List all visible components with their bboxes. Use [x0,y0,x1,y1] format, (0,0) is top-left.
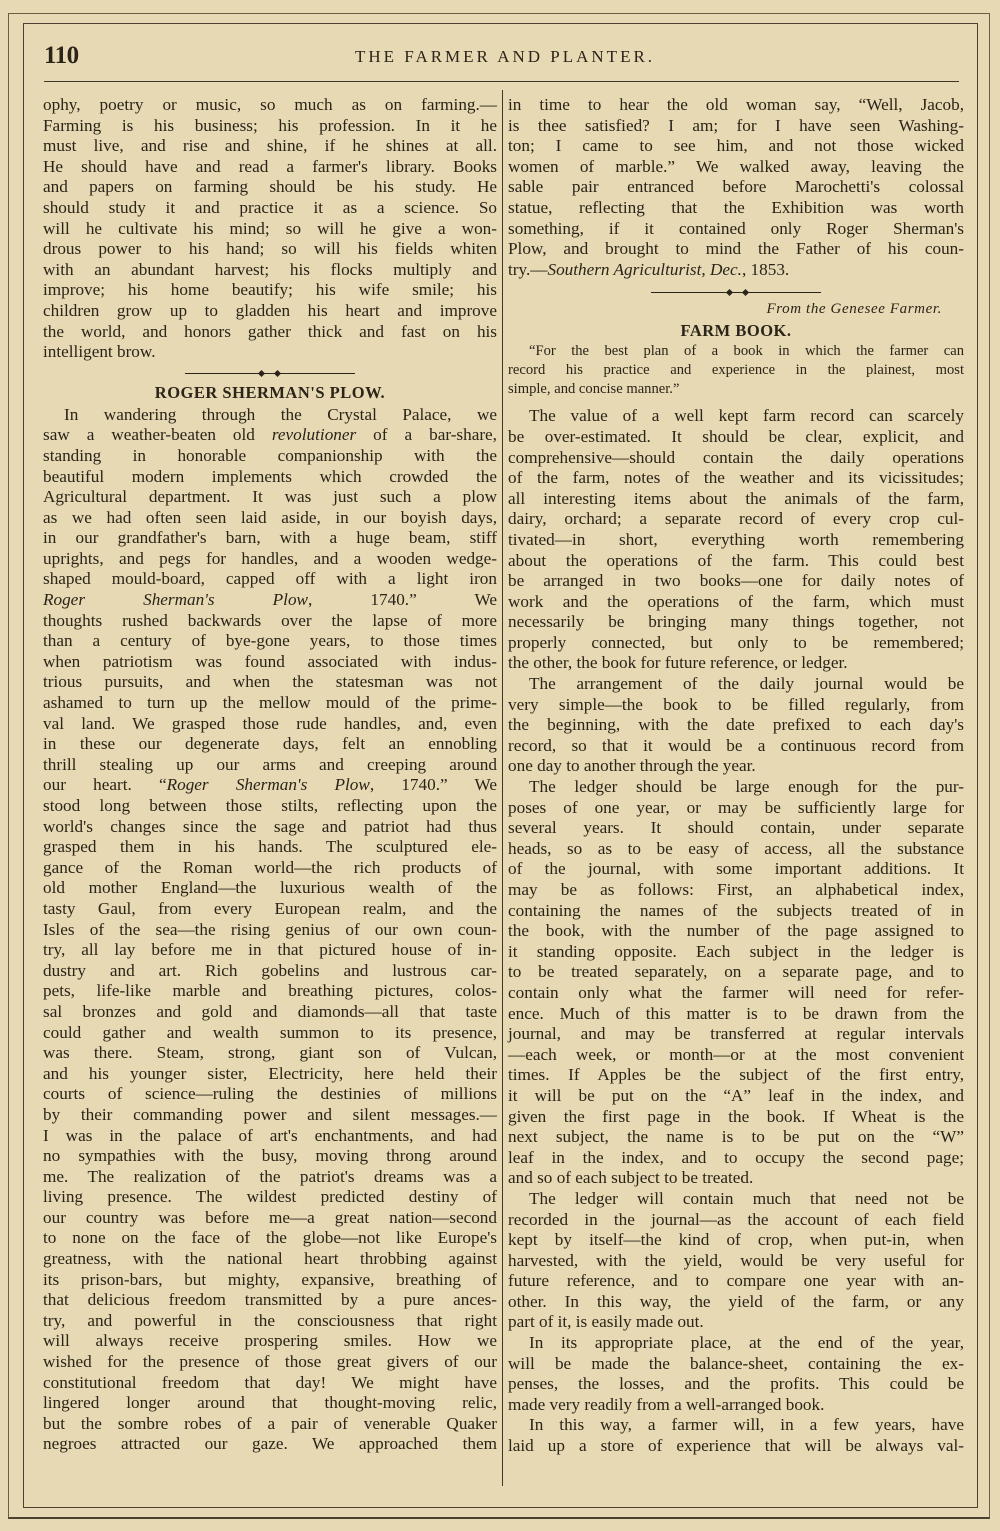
text-line: could gather and wealth summon to its pr… [43,1023,497,1044]
text-line: containing the names of the subjects tre… [508,901,964,922]
text-line: other. In this way, the yield of the far… [508,1292,964,1313]
text-line: He should have and read a farmer's libra… [43,157,497,178]
text-line: try, all lay before me in that pictured … [43,940,497,961]
text-line: record, so that it would be a continuous… [508,736,964,757]
text-line: will always receive prospering smiles. H… [43,1331,497,1352]
text-line: leaf in the index, and to occupy the sec… [508,1148,964,1169]
paragraph: In its appropriate place, at the end of … [508,1333,964,1415]
text-line: statue, reflecting that the Exhibition w… [508,198,964,219]
running-title: THE FARMER AND PLANTER. [0,47,1000,67]
column-divider [502,90,503,1486]
text-line: beautiful modern implements which crowde… [43,467,497,488]
text-line: in these our degenerate days, felt an en… [43,734,497,755]
text-line: In wandering through the Crystal Palace,… [43,405,497,426]
text-line: in time to hear the old woman say, “Well… [508,95,964,116]
text-line: work and the operations of the farm, whi… [508,592,964,613]
text-line: grasped them in his hands. The sculpture… [43,837,497,858]
left-column: ophy, poetry or music, so much as on far… [43,95,497,1455]
paragraph: The arrangement of the daily journal wou… [508,674,964,777]
italic-text: Roger Sherman's Plow [43,590,308,609]
text-line: In this way, a farmer will, in a few yea… [508,1415,964,1436]
text-line: Isles of the sea—the rising genius of ou… [43,920,497,941]
text-line: and so of each subject to be treated. [508,1168,964,1189]
text-line: record his practice and experience in th… [508,361,964,380]
text-line: stood long between those stilts, reflect… [43,796,497,817]
text-line: all interesting items about the animals … [508,489,964,510]
text-line: intelligent brow. [43,342,497,363]
text-line: times. If Apples be the subject of the f… [508,1065,964,1086]
text-line: our country was before me—a great nation… [43,1208,497,1229]
text-line: will be made the balance-sheet, containi… [508,1354,964,1375]
text-line: dustry and art. Rich gobelins and lustro… [43,961,497,982]
text-line: gance of the Roman world—the rich produc… [43,858,497,879]
text-line: Agricultural department. It was just suc… [43,487,497,508]
text-line: The arrangement of the daily journal wou… [508,674,964,695]
text-line: wished for the presence of those great g… [43,1352,497,1373]
text-line: the beginning, with the date prefixed to… [508,715,964,736]
text-line: of the journal, with some important addi… [508,859,964,880]
text-line: ton; I came to see him, and not those wi… [508,136,964,157]
text-line: future reference, and to compare one yea… [508,1271,964,1292]
text-line: lingered longer around that thought-movi… [43,1393,497,1414]
text-line: thoughts rushed backwards over the lapse… [43,611,497,632]
text-line: part of it, is easily made out. [508,1312,964,1333]
section-ornament-divider [185,367,355,381]
text-line: “For the best plan of a book in which th… [508,342,964,361]
text-line: to be treated separately, on a separate … [508,962,964,983]
text-line: the book, with the number of the page as… [508,921,964,942]
text-line: Plow, and brought to mind the Father of … [508,239,964,260]
paragraph: In this way, a farmer will, in a few yea… [508,1415,964,1456]
text-line: —each week, or month—or at the most conv… [508,1045,964,1066]
text-line: made very readily from a well-arranged b… [508,1395,964,1416]
text-line: several years. It should contain, under … [508,818,964,839]
header-rule [44,81,959,82]
text-line: Roger Sherman's Plow, 1740.” We [43,590,497,611]
text-line: heads, so as to be easy of access, all t… [508,839,964,860]
text-line: about the operations of the farm. This c… [508,551,964,572]
text-line: harvested, with the yield, would be very… [508,1251,964,1272]
text-line: and his younger sister, Electricity, her… [43,1064,497,1085]
text-line: but the sombre robes of a pair of venera… [43,1414,497,1435]
text-line: and papers on farming should be his stud… [43,177,497,198]
text-line: shaped mould-board, capped off with a li… [43,569,497,590]
text-line: ence. Much of this matter is to be drawn… [508,1004,964,1025]
text-line: very simple—the book to be filled regula… [508,695,964,716]
text-line: improve; his home beautify; his wife smi… [43,280,497,301]
text-line: sal bronzes and gold and diamonds—all th… [43,1002,497,1023]
text-line: was there. Steam, strong, giant son of V… [43,1043,497,1064]
text-line: that delicious freedom transmitted by a … [43,1290,497,1311]
text-line: I was in the palace of art's enchantment… [43,1126,497,1147]
text-line: val land. We grasped those rude handles,… [43,714,497,735]
text-line: recorded in the journal—as the account o… [508,1210,964,1231]
text-line: kept by itself—the kind of crop, when pu… [508,1230,964,1251]
text-line: tasty Gaul, from every European realm, a… [43,899,497,920]
source-credit: From the Genesee Farmer. [508,300,964,319]
paragraph: The ledger will contain much that need n… [508,1189,964,1333]
text-line: Farming is his business; his profession.… [43,116,497,137]
text-line: dairy, orchard; a separate record of eve… [508,509,964,530]
text-line: old mother England—the luxurious wealth … [43,878,497,899]
text-line: ophy, poetry or music, so much as on far… [43,95,497,116]
text-line: may be as follows: First, an alphabetica… [508,880,964,901]
text-line: one day to another through the year. [508,756,964,777]
text-line: thrill stealing up our arms and creeping… [43,755,497,776]
text-line: children grow up to gladden his heart an… [43,301,497,322]
text-line: try, and powerful in the consciousness t… [43,1311,497,1332]
text-line: The ledger will contain much that need n… [508,1189,964,1210]
text-line: standing in honorable companionship with… [43,446,497,467]
text-line: greatness, with the national heart throb… [43,1249,497,1270]
text-line: by their commanding power and silent mes… [43,1105,497,1126]
text-line: tivated—in short, everything worth remem… [508,530,964,551]
text-line: poses of one year, or may be sufficientl… [508,798,964,819]
text-line: penses, the losses, and the profits. Thi… [508,1374,964,1395]
continued-paragraph: ophy, poetry or music, so much as on far… [43,95,497,363]
text-line: In its appropriate place, at the end of … [508,1333,964,1354]
text-line: comprehensive—should contain the daily o… [508,448,964,469]
text-line: in our grandfather's barn, with a huge b… [43,528,497,549]
text-line: women of marble.” We walked away, leavin… [508,157,964,178]
text-line: sable pair entranced before Marochetti's… [508,177,964,198]
text-line: journal, and may be transferred at regul… [508,1024,964,1045]
text-line: The ledger should be large enough for th… [508,777,964,798]
text-line: to none on the face of the globe—not lik… [43,1228,497,1249]
text-line: be arranged in two books—one for daily n… [508,571,964,592]
text-line: it standing opposite. Each subject in th… [508,942,964,963]
text-line: the other, the book for future reference… [508,653,964,674]
text-line: with an abundant harvest; his flocks mul… [43,260,497,281]
text-line: given the first page in the book. If Whe… [508,1107,964,1128]
text-line: pets, life-like marble and breathing pic… [43,981,497,1002]
text-line: must live, and rise and shine, if he shi… [43,136,497,157]
text-line: of the farm, notes of the weather and it… [508,468,964,489]
article-body-farm-book: The value of a well kept farm record can… [508,406,964,1456]
text-line: uprights, and pegs for handles, and a wo… [43,549,497,570]
text-line: drous power to his hand; so will his fie… [43,239,497,260]
text-line: than a century of bye-gone years, to tho… [43,631,497,652]
paragraph: The ledger should be large enough for th… [508,777,964,1189]
article-title-farm-book: FARM BOOK. [508,319,964,342]
text-line: living presence. The wildest predicted d… [43,1187,497,1208]
article-title-roger-sherman: ROGER SHERMAN'S PLOW. [43,381,497,404]
italic-text: revolutioner [272,425,356,444]
text-line: when patriotism was found associated wit… [43,652,497,673]
text-line: trious pursuits, and when the statesman … [43,672,497,693]
italic-text: Roger Sherman's Plow [167,775,370,794]
article-body-roger-sherman: In wandering through the Crystal Palace,… [43,405,497,1455]
text-line: it will be put on the “A” leaf in the in… [508,1086,964,1107]
attribution-line: try.—Southern Agriculturist, Dec., 1853. [508,260,964,281]
text-line: the world, and honors gather thick and f… [43,322,497,343]
text-line: me. The realization of the patriot's dre… [43,1167,497,1188]
text-line: be over-estimated. It should be clear, e… [508,427,964,448]
text-line: ashamed to turn up the mellow mould of t… [43,693,497,714]
text-line: laid up a store of experience that will … [508,1436,964,1457]
paragraph: The value of a well kept farm record can… [508,406,964,674]
text-line: constitutional freedom that day! We migh… [43,1373,497,1394]
attribution-source: Southern Agriculturist, Dec. [547,260,741,279]
text-line: is thee satisfied? I am; for I have seen… [508,116,964,137]
text-line: our heart. “Roger Sherman's Plow, 1740.”… [43,775,497,796]
section-ornament-divider [651,286,821,300]
right-column: in time to hear the old woman say, “Well… [508,95,964,1457]
text-line: courts of science—ruling the destinies o… [43,1084,497,1105]
text-line: The value of a well kept farm record can… [508,406,964,427]
text-line: should study it and practice it as a sci… [43,198,497,219]
continued-paragraph: in time to hear the old woman say, “Well… [508,95,964,260]
text-line: as we had often seen laid aside, in our … [43,508,497,529]
text-line: contain only what the farmer will need f… [508,983,964,1004]
text-line: next subject, the name is to be put on t… [508,1127,964,1148]
text-line: necessarily be bringing many things toge… [508,612,964,633]
text-line: something, if it contained only Roger Sh… [508,219,964,240]
text-line: properly connected, but only to be remem… [508,633,964,654]
text-line: simple, and concise manner.” [508,380,964,399]
text-line: saw a weather-beaten old revolutioner of… [43,425,497,446]
epigraph-quote: “For the best plan of a book in which th… [508,342,964,399]
text-line: negroes attracted our gaze. We approache… [43,1434,497,1455]
text-line: no sympathies with the busy, moving thro… [43,1146,497,1167]
text-line: world's changes since the sage and patri… [43,817,497,838]
text-line: will he cultivate his mind; so will he g… [43,219,497,240]
text-line: its prison-bars, but mighty, expansive, … [43,1270,497,1291]
